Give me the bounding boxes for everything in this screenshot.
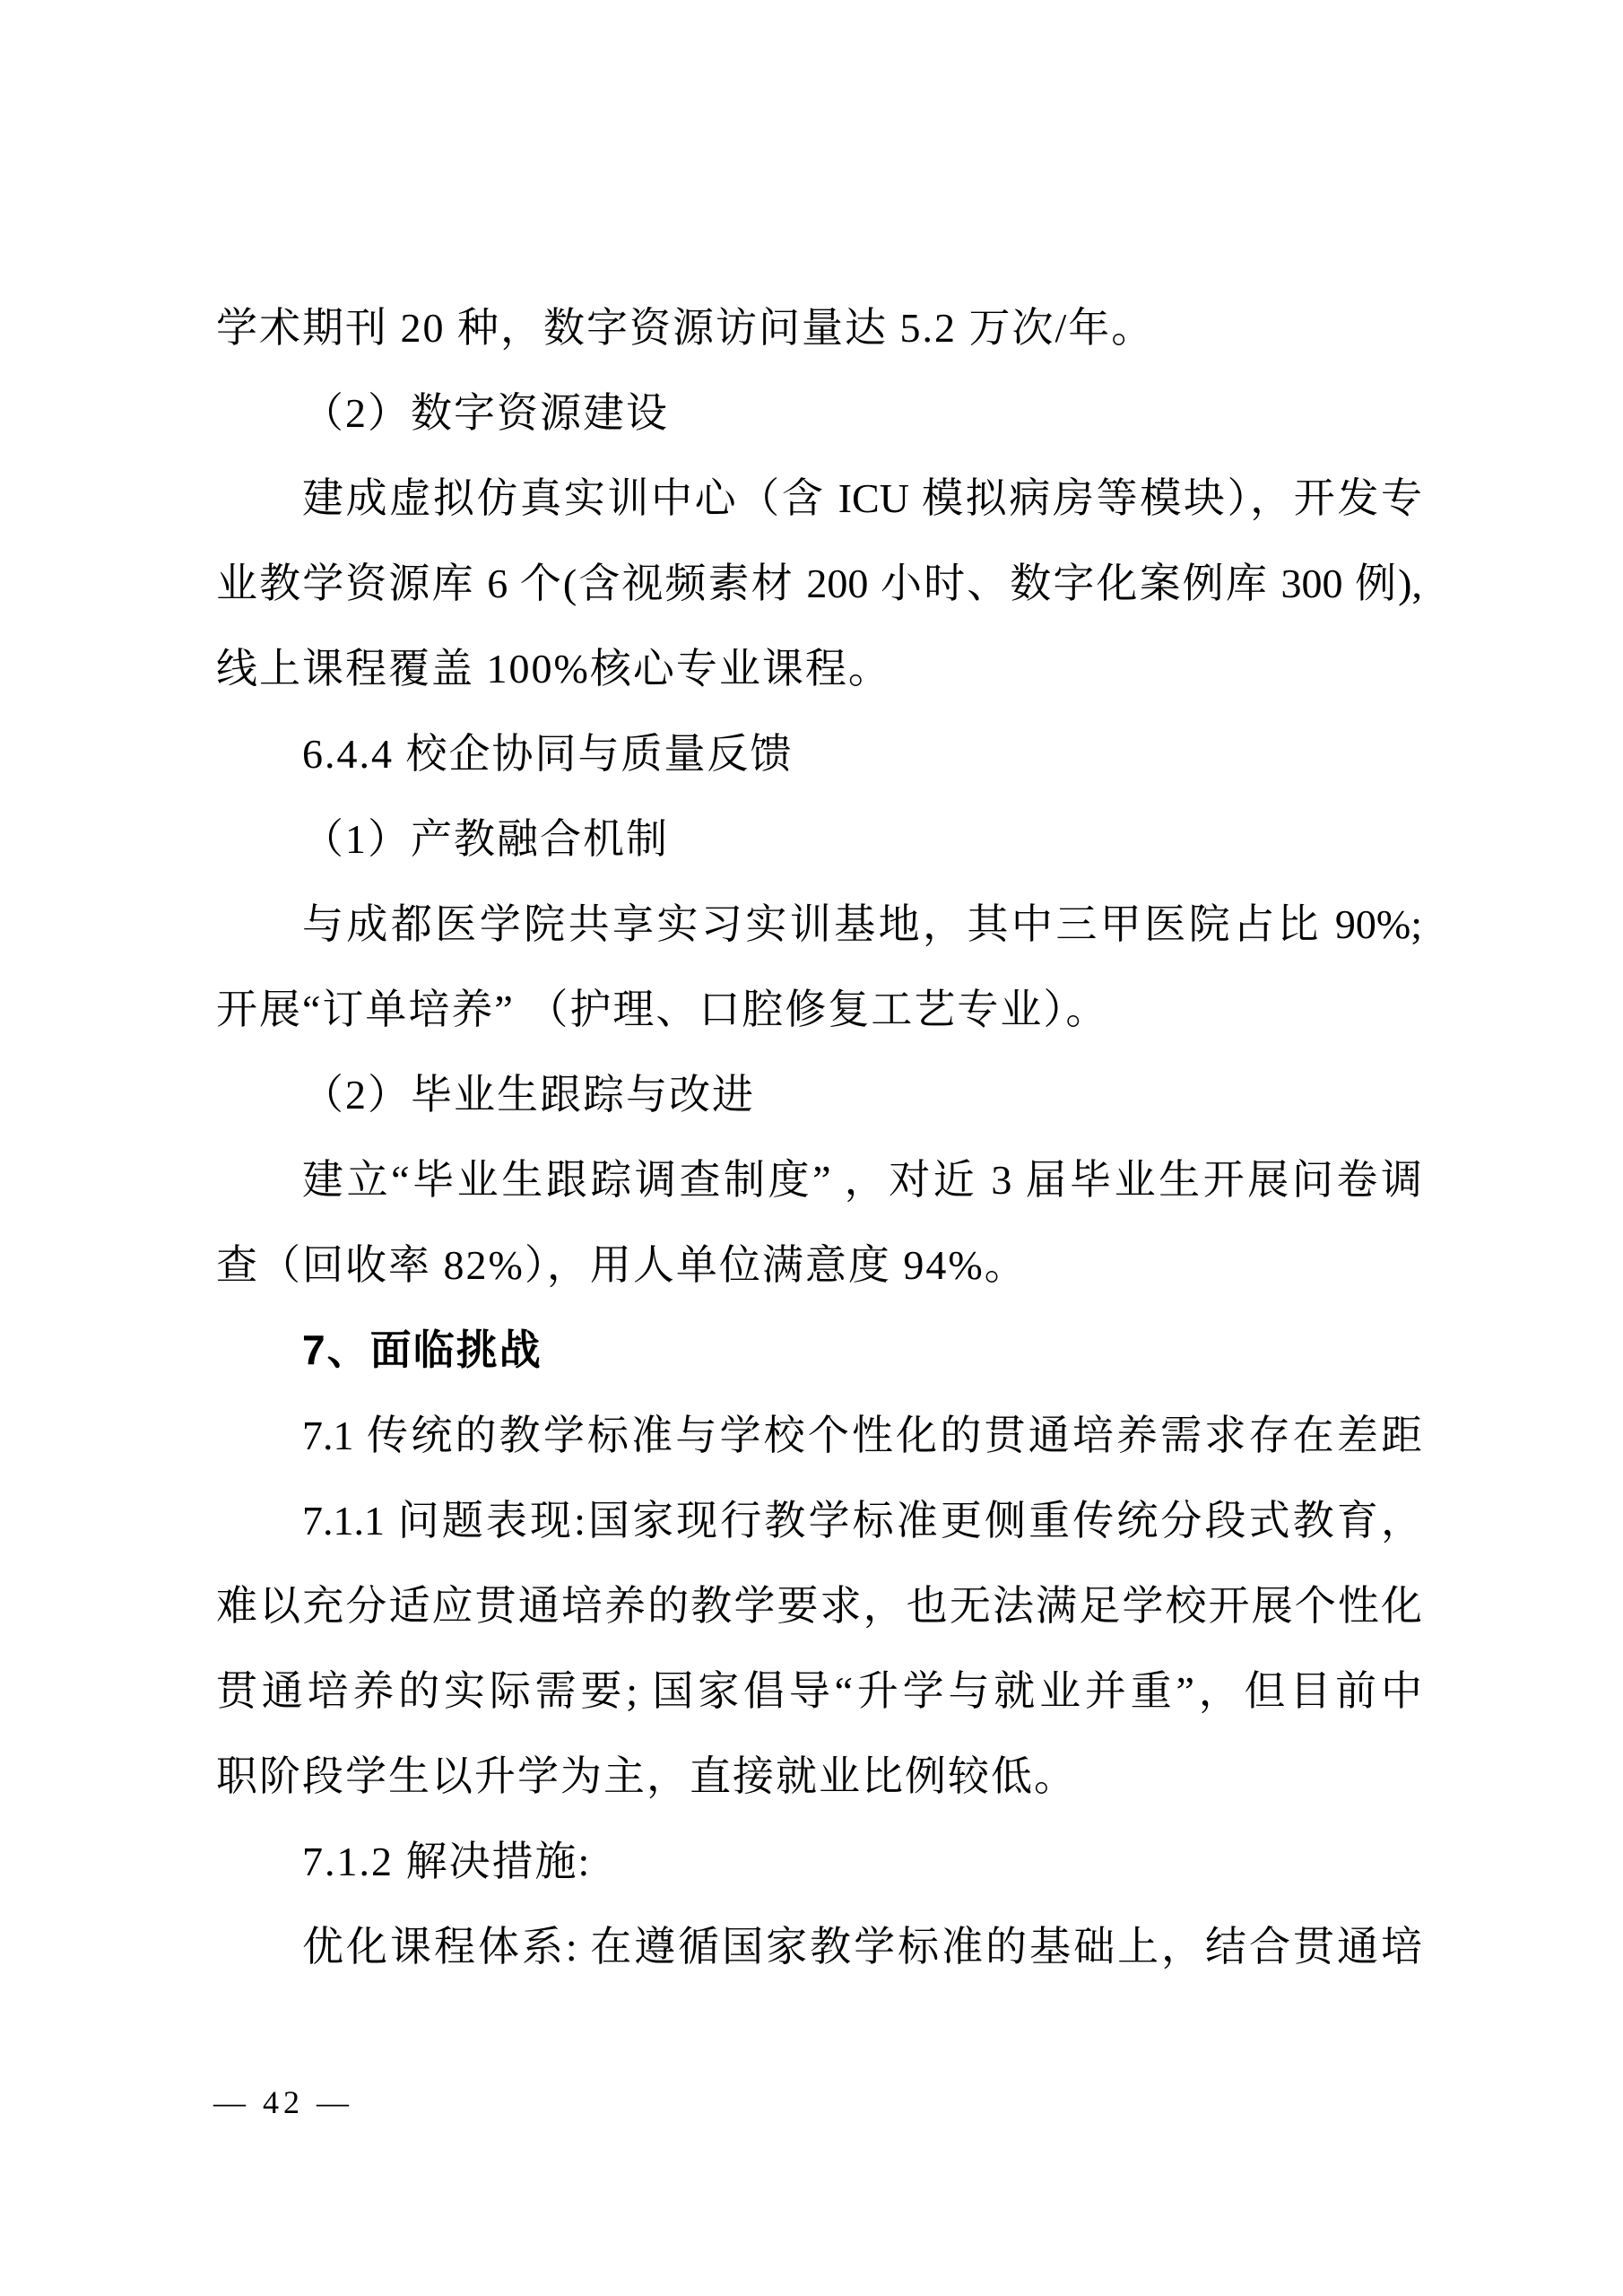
text-line: 业教学资源库 6 个(含视频素材 200 小时、数字化案例库 300 例), xyxy=(216,541,1422,626)
text-line: （2）毕业生跟踪与改进 xyxy=(216,1052,1422,1137)
text-line: 线上课程覆盖 100%核心专业课程。 xyxy=(216,626,1422,711)
text-line: 7.1 传统的教学标准与学校个性化的贯通培养需求存在差距 xyxy=(216,1393,1422,1478)
text-line: 职阶段学生以升学为主，直接就业比例较低。 xyxy=(216,1734,1422,1819)
text-line: 查（回收率 82%），用人单位满意度 94%。 xyxy=(216,1222,1422,1308)
document-page: 学术期刊 20 种，数字资源访问量达 5.2 万次/年。（2）数字资源建设建成虚… xyxy=(0,0,1623,2296)
page-number: — 42 — xyxy=(213,2083,353,2122)
text-line: （1）产教融合机制 xyxy=(216,796,1422,882)
text-line: 6.4.4 校企协同与质量反馈 xyxy=(216,711,1422,796)
text-line: 贯通培养的实际需要; 国家倡导“升学与就业并重”，但目前中 xyxy=(216,1648,1422,1734)
text-line: 建成虚拟仿真实训中心（含 ICU 模拟病房等模块），开发专 xyxy=(216,456,1422,541)
text-line: 建立“毕业生跟踪调查制度” ，对近 3 届毕业生开展问卷调 xyxy=(216,1137,1422,1222)
text-line: 7.1.1 问题表现:国家现行教学标准更侧重传统分段式教育， xyxy=(216,1478,1422,1563)
text-line: 7、面临挑战 xyxy=(216,1308,1422,1393)
text-line: 与成都医学院共享实习实训基地，其中三甲医院占比 90%; xyxy=(216,882,1422,967)
text-line: 优化课程体系: 在遵循国家教学标准的基础上，结合贯通培 xyxy=(216,1904,1422,1989)
text-line: （2）数字资源建设 xyxy=(216,370,1422,456)
text-line: 7.1.2 解决措施: xyxy=(216,1819,1422,1904)
text-line: 学术期刊 20 种，数字资源访问量达 5.2 万次/年。 xyxy=(216,285,1422,370)
text-line: 难以充分适应贯通培养的教学要求，也无法满足学校开展个性化 xyxy=(216,1563,1422,1648)
document-body: 学术期刊 20 种，数字资源访问量达 5.2 万次/年。（2）数字资源建设建成虚… xyxy=(216,285,1422,1989)
text-line: 开展“订单培养” （护理、口腔修复工艺专业）。 xyxy=(216,967,1422,1052)
